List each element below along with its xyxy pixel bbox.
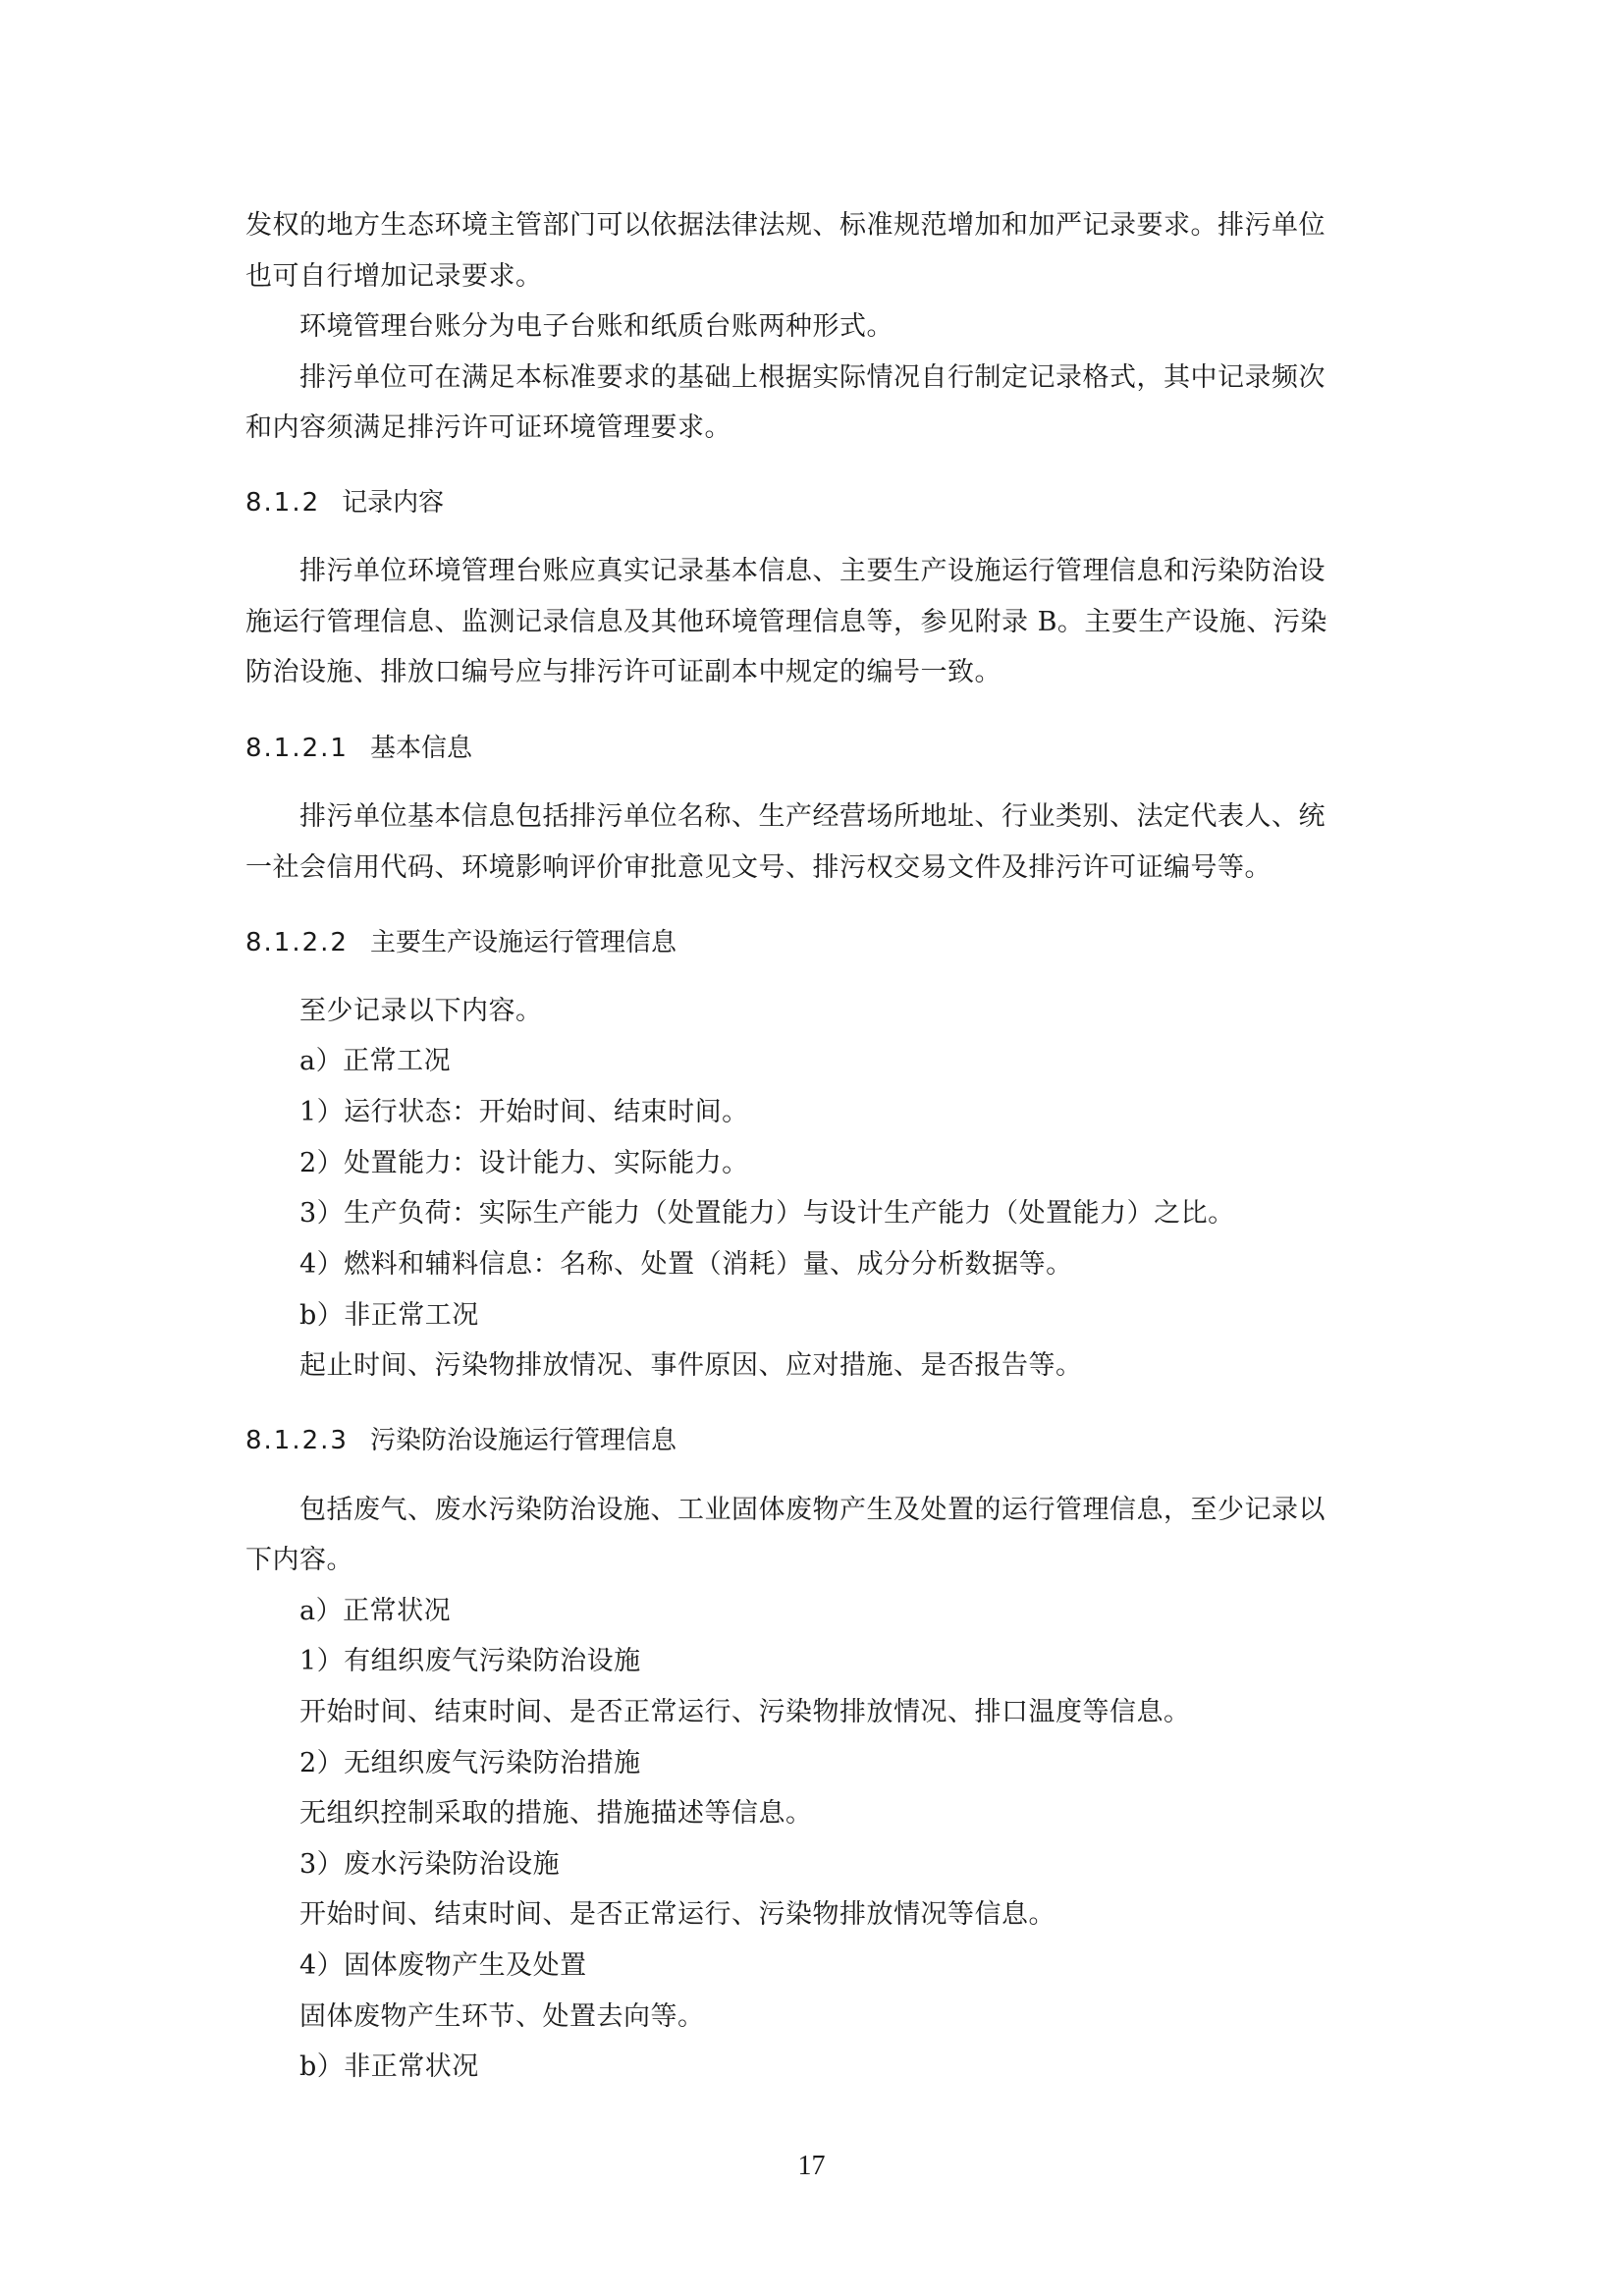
section-heading-8-1-2-3: 8.1.2.3污染防治设施运行管理信息 xyxy=(245,1426,676,1455)
section-number: 8.1.2 xyxy=(245,488,320,518)
paragraph-line: 下内容。 xyxy=(245,1546,353,1575)
paragraph-line: 和内容须满足排污许可证环境管理要求。 xyxy=(245,413,731,443)
paragraph-line: 也可自行增加记录要求。 xyxy=(245,262,543,292)
list-line: 1）有组织废气污染防治设施 xyxy=(299,1647,641,1676)
list-line: b）非正常状况 xyxy=(299,2052,479,2082)
section-heading-8-1-2-1: 8.1.2.1基本信息 xyxy=(245,734,472,763)
document-page: 发权的地方生态环境主管部门可以依据法律法规、标准规范增加和加严记录要求。排污单位… xyxy=(0,0,1623,2296)
list-line: 开始时间、结束时间、是否正常运行、污染物排放情况、排口温度等信息。 xyxy=(299,1698,1191,1727)
paragraph-line: 包括废气、废水污染防治设施、工业固体废物产生及处置的运行管理信息，至少记录以 xyxy=(299,1496,1325,1525)
list-line: a）正常状况 xyxy=(299,1597,451,1626)
list-line: 2）无组织废气污染防治措施 xyxy=(299,1749,641,1778)
section-number: 8.1.2.2 xyxy=(245,928,349,957)
section-heading-8-1-2-2: 8.1.2.2主要生产设施运行管理信息 xyxy=(245,928,676,957)
page-number: 17 xyxy=(0,2151,1623,2182)
list-line: 4）固体废物产生及处置 xyxy=(299,1951,587,1981)
paragraph-line: 施运行管理信息、监测记录信息及其他环境管理信息等，参见附录 B。主要生产设施、污… xyxy=(245,608,1327,637)
paragraph-line: 排污单位基本信息包括排污单位名称、生产经营场所地址、行业类别、法定代表人、统 xyxy=(299,802,1325,832)
section-heading-8-1-2: 8.1.2记录内容 xyxy=(245,488,444,518)
list-line: b）非正常工况 xyxy=(299,1301,479,1331)
paragraph-line: 环境管理台账分为电子台账和纸质台账两种形式。 xyxy=(299,312,893,342)
list-line: 3）废水污染防治设施 xyxy=(299,1850,560,1880)
paragraph-line: 一社会信用代码、环境影响评价审批意见文号、排污权交易文件及排污许可证编号等。 xyxy=(245,853,1271,883)
list-line: 1）运行状态：开始时间、结束时间。 xyxy=(299,1098,749,1127)
section-title: 基本信息 xyxy=(370,734,472,763)
section-title: 主要生产设施运行管理信息 xyxy=(370,928,676,957)
list-line: a）正常工况 xyxy=(299,1047,451,1076)
section-title: 污染防治设施运行管理信息 xyxy=(370,1426,676,1455)
section-number: 8.1.2.1 xyxy=(245,734,349,763)
paragraph-line: 排污单位环境管理台账应真实记录基本信息、主要生产设施运行管理信息和污染防治设 xyxy=(299,557,1325,586)
list-line: 起止时间、污染物排放情况、事件原因、应对措施、是否报告等。 xyxy=(299,1351,1083,1381)
list-line: 2）处置能力：设计能力、实际能力。 xyxy=(299,1149,749,1178)
list-line: 3）生产负荷：实际生产能力（处置能力）与设计生产能力（处置能力）之比。 xyxy=(299,1199,1235,1229)
list-line: 无组织控制采取的措施、措施描述等信息。 xyxy=(299,1799,813,1829)
list-line: 开始时间、结束时间、是否正常运行、污染物排放情况等信息。 xyxy=(299,1900,1055,1930)
list-line: 至少记录以下内容。 xyxy=(299,997,543,1026)
list-line: 4）燃料和辅料信息：名称、处置（消耗）量、成分分析数据等。 xyxy=(299,1250,1073,1280)
list-line: 固体废物产生环节、处置去向等。 xyxy=(299,2002,705,2032)
section-title: 记录内容 xyxy=(342,488,444,518)
paragraph-line: 排污单位可在满足本标准要求的基础上根据实际情况自行制定记录格式，其中记录频次 xyxy=(299,363,1325,393)
section-number: 8.1.2.3 xyxy=(245,1426,349,1455)
paragraph-line: 发权的地方生态环境主管部门可以依据法律法规、标准规范增加和加严记录要求。排污单位 xyxy=(245,211,1325,241)
paragraph-line: 防治设施、排放口编号应与排污许可证副本中规定的编号一致。 xyxy=(245,658,1001,687)
